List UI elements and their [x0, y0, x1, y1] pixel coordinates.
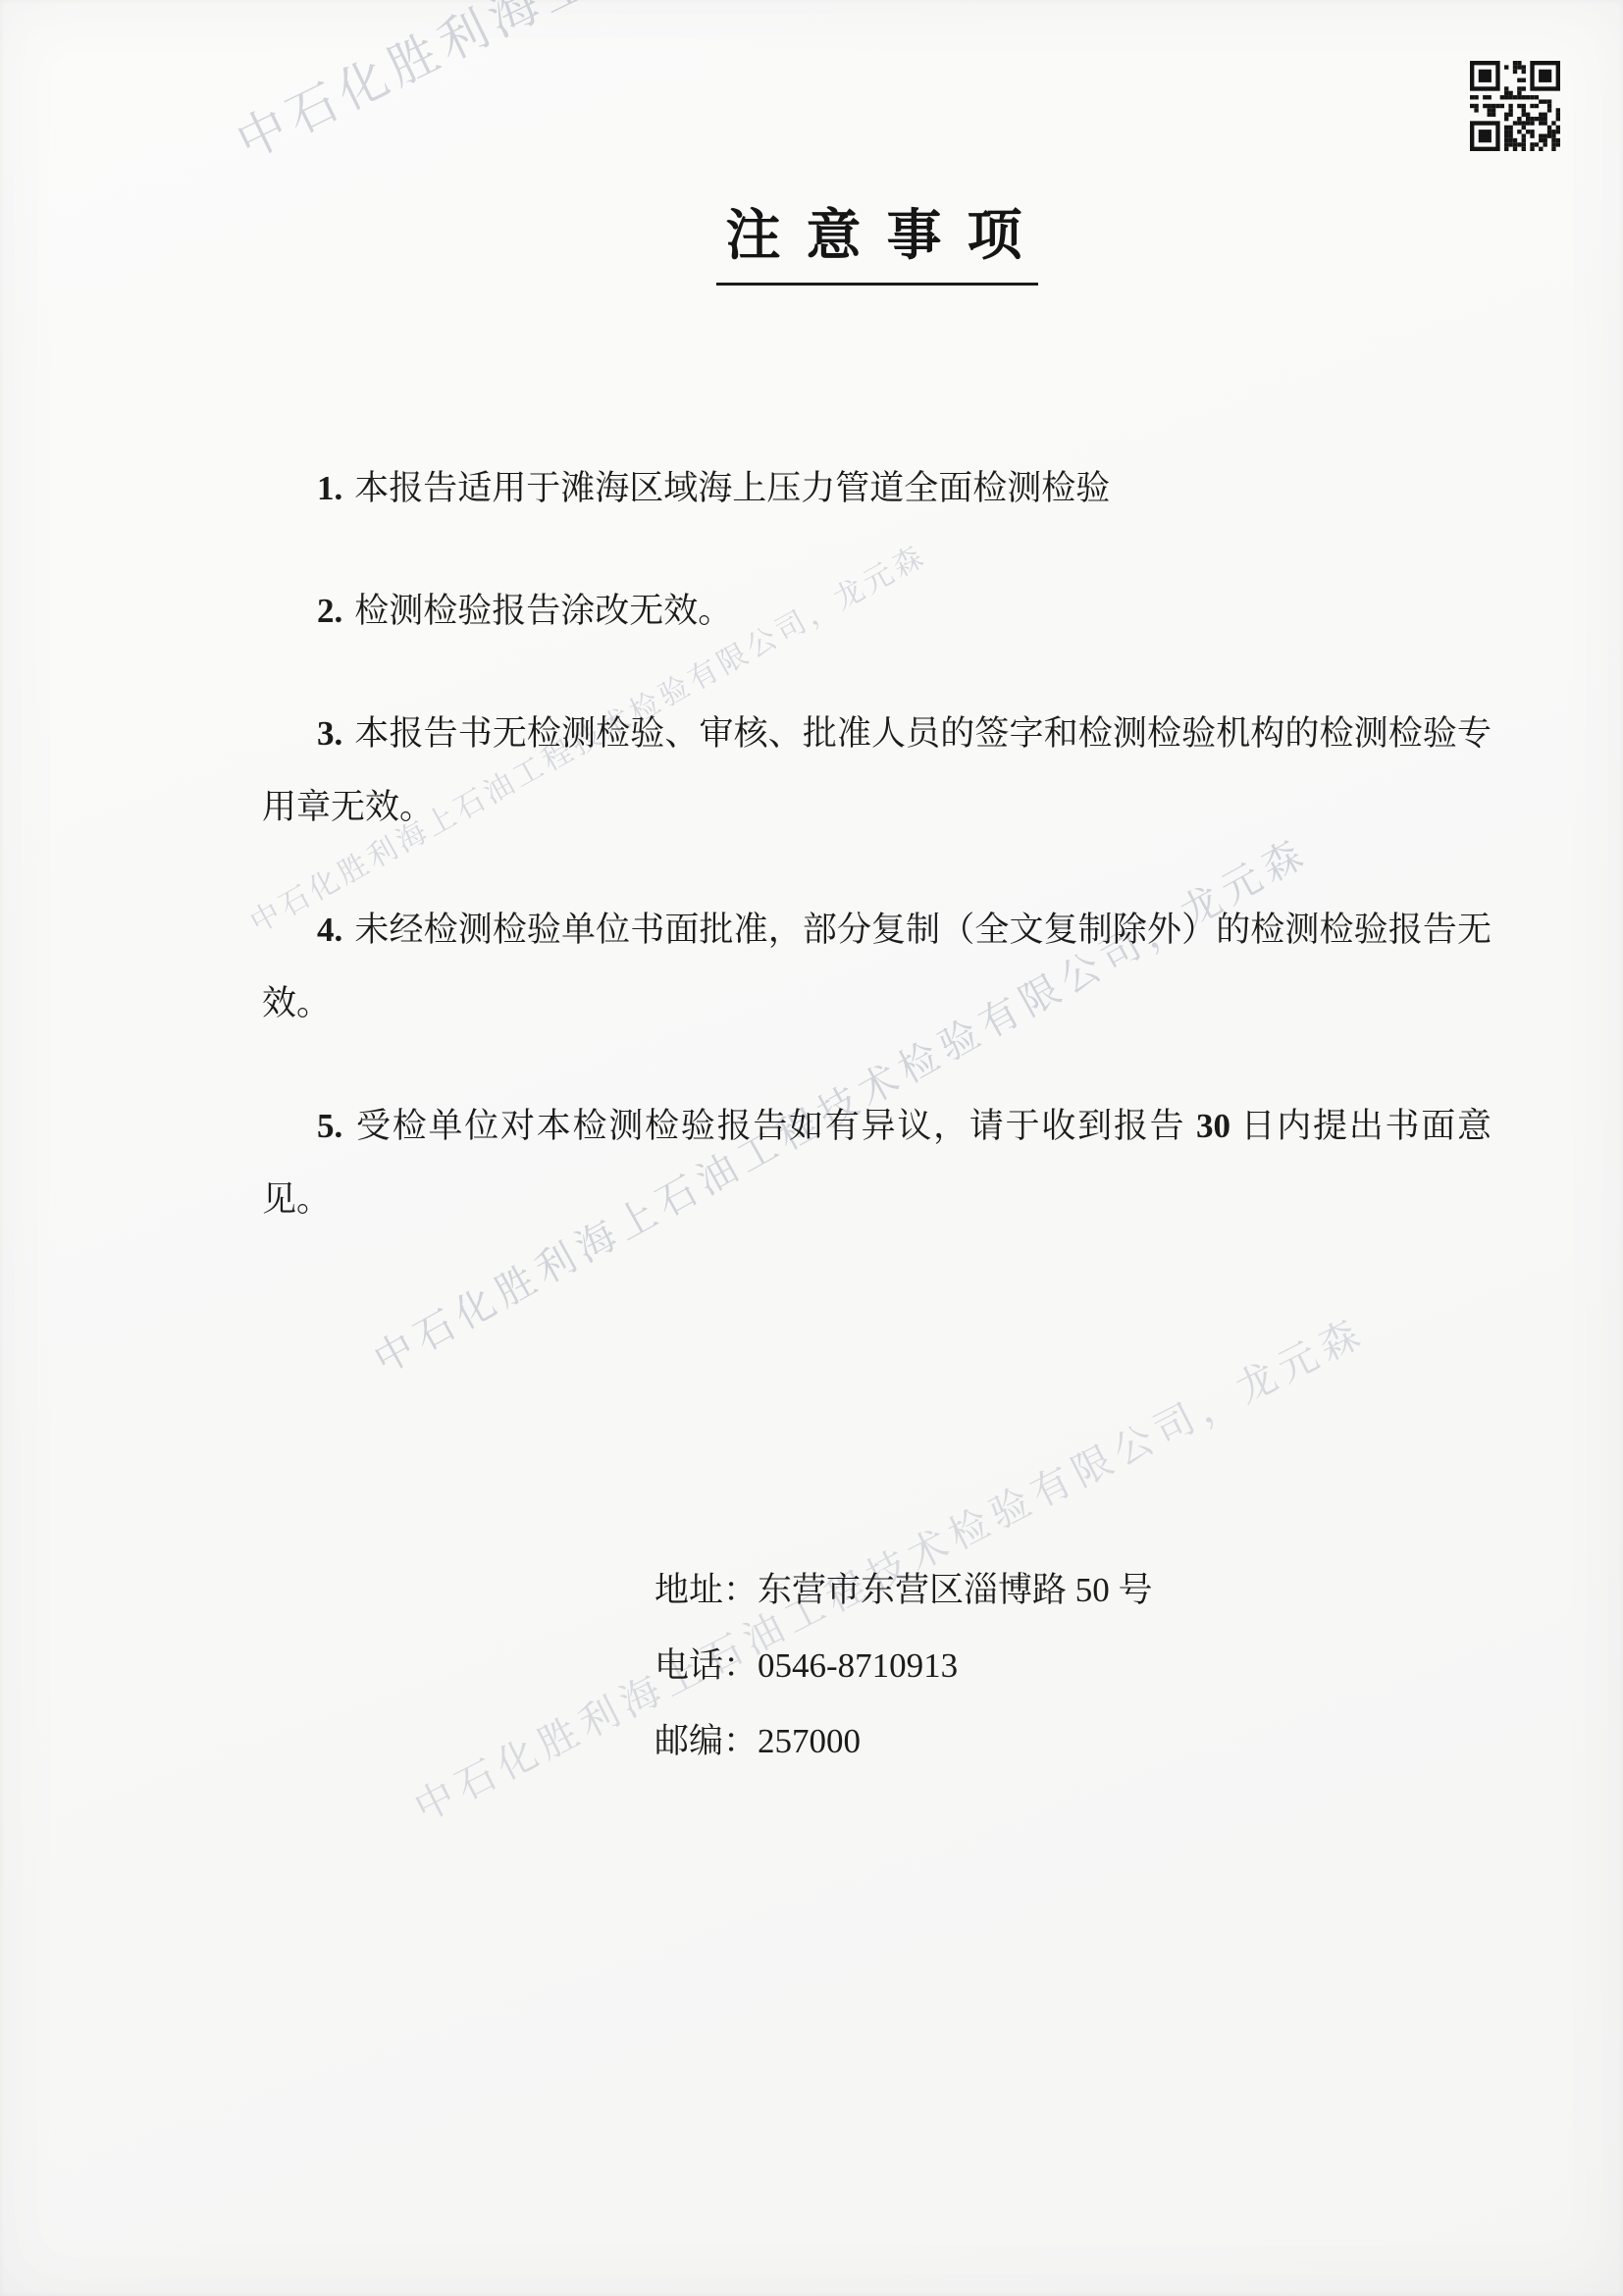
- phone-label: 电话：: [654, 1646, 758, 1685]
- notice-item-4: 4.未经检测检验单位书面批准，部分复制（全文复制除外）的检测检验报告无效。: [262, 893, 1492, 1040]
- phone-value: 0546-8710913: [758, 1646, 958, 1685]
- item-number: 4.: [317, 911, 342, 949]
- watermark-top-left: 中石化胜利海上石油工程技术检验有限公司，龙元森: [223, 0, 1410, 173]
- address-value: 东营市东营区淄博路 50 号: [758, 1571, 1153, 1609]
- item-text: 未经检测检验单位书面批准，部分复制（全文复制除外）的检测检验报告无效。: [262, 911, 1492, 1022]
- item-text: 检测检验报告涂改无效。: [354, 592, 732, 630]
- address-label: 地址：: [654, 1571, 758, 1609]
- item-number: 1.: [317, 469, 342, 507]
- postal-value: 257000: [758, 1722, 861, 1760]
- notice-item-5: 5.受检单位对本检测检验报告如有异议，请于收到报告 30 日内提出书面意见。: [262, 1089, 1492, 1236]
- notice-item-2: 2.检测检验报告涂改无效。: [262, 574, 1492, 648]
- item-number: 3.: [317, 714, 342, 753]
- notice-item-3: 3.本报告书无检测检验、审核、批准人员的签字和检测检验机构的检测检验专用章无效。: [262, 697, 1492, 844]
- item-text: 本报告书无检测检验、审核、批准人员的签字和检测检验机构的检测检验专用章无效。: [262, 714, 1492, 826]
- address-line: 地址：东营市东营区淄博路 50 号: [654, 1552, 1153, 1628]
- notice-page: 中石化胜利海上石油工程技术检验有限公司，龙元森 中石化胜利海上石油工程技术检验有…: [0, 0, 1623, 2296]
- notice-item-1: 1.本报告适用于滩海区域海上压力管道全面检测检验: [262, 451, 1492, 525]
- item-text: 受检单位对本检测检验报告如有异议，请于收到报告: [354, 1107, 1196, 1145]
- item-bold-number: 30: [1196, 1107, 1230, 1145]
- item-number: 2.: [317, 592, 342, 630]
- item-text: 本报告适用于滩海区域海上压力管道全面检测检验: [354, 469, 1110, 507]
- postal-line: 邮编：257000: [654, 1703, 1153, 1779]
- page-title: 注 意 事 项: [716, 192, 1038, 286]
- item-number: 5.: [317, 1107, 342, 1145]
- contact-block: 地址：东营市东营区淄博路 50 号 电话：0546-8710913 邮编：257…: [654, 1552, 1153, 1779]
- notice-items: 1.本报告适用于滩海区域海上压力管道全面检测检验 2.检测检验报告涂改无效。 3…: [262, 451, 1492, 1285]
- qr-code-image: [1470, 61, 1560, 151]
- phone-line: 电话：0546-8710913: [654, 1628, 1153, 1703]
- postal-label: 邮编：: [654, 1722, 758, 1760]
- title-wrap: 注 意 事 项: [262, 192, 1492, 286]
